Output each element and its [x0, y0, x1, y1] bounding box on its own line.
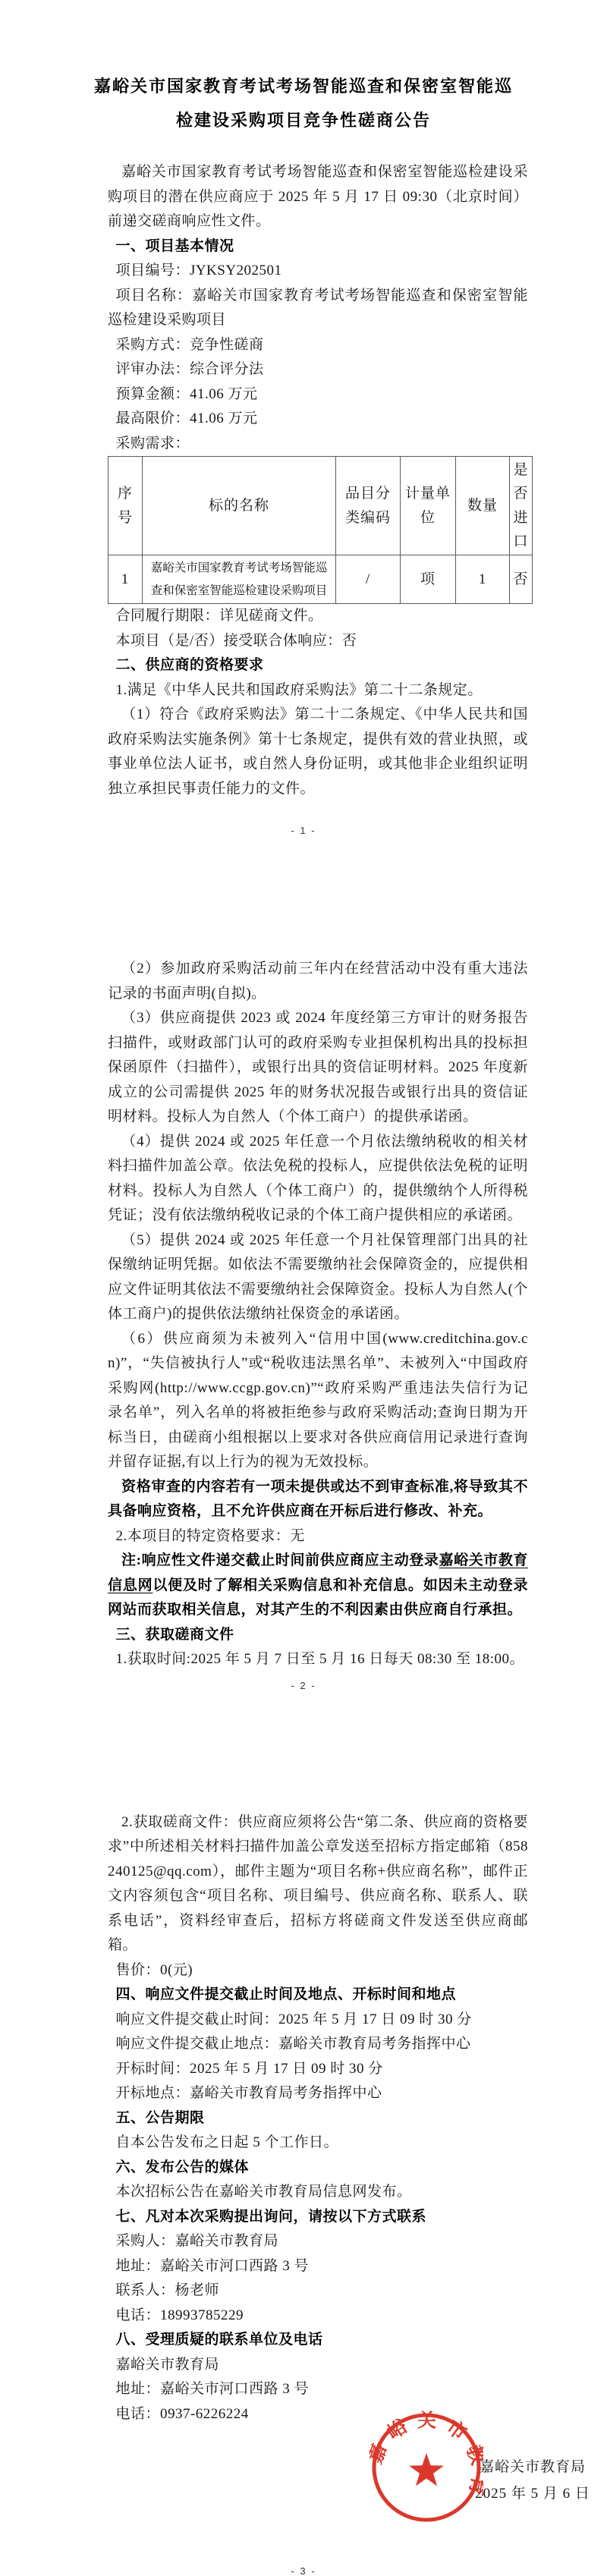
page-number: - 3 -	[0, 2564, 607, 2576]
text-line: 资格审查的内容若有一项未提供或达不到审查标准,将导致其不具备响应资格，且不允许供…	[108, 1475, 528, 1524]
text-line: 采购人：嘉峪关市教育局	[108, 2229, 528, 2254]
table-row: 1嘉峪关市国家教育考试考场智能巡查和保密室智能巡检建设采购项目/项1否	[109, 555, 533, 604]
text-line: 地址：嘉峪关市河口西路 3 号	[108, 2254, 528, 2279]
section-heading: 五、公告期限	[108, 2106, 528, 2131]
text-line: 最高限价：41.06 万元	[108, 407, 528, 432]
text-line: 2.获取磋商文件：供应商应须将公告“第二条、供应商的资格要求”中所述相关材料扫描…	[108, 1810, 528, 1958]
text-line: 项目编号：JYKSY202501	[108, 259, 528, 284]
text-line: 采购需求：	[108, 432, 528, 457]
section-heading: 四、响应文件提交截止时间及地点、开标时间和地点	[108, 1983, 528, 2008]
table-cell: 1	[456, 555, 510, 604]
text-line: 本次招标公告在嘉峪关市教育局信息网发布。	[108, 2180, 528, 2205]
section-heading: 一、项目基本情况	[108, 234, 528, 259]
page-2-paragraphs: （2）参加政府采购活动前三年内在经营活动中没有重大违法记录的书面声明(自拟)。（…	[108, 957, 528, 1672]
section-heading: 八、受理质疑的联系单位及电话	[108, 2328, 528, 2353]
text-line: 合同履行期限：详见磋商文件。	[108, 604, 528, 629]
text-line: （1）符合《政府采购法》第二十二条规定、《中华人民共和国政府采购法实施条例》第十…	[108, 703, 528, 801]
text-line: 电话：18993785229	[108, 2304, 528, 2329]
page-3-paragraphs: 2.获取磋商文件：供应商应须将公告“第二条、供应商的资格要求”中所述相关材料扫描…	[108, 1810, 528, 2427]
text-line: 响应文件提交截止地点：嘉峪关市教育局考务指挥中心	[108, 2032, 528, 2057]
text-line: 本项目（是/否）接受联合体响应：否	[108, 629, 528, 654]
text-line: 开标时间：2025 年 5 月 17 日 09 时 30 分	[108, 2057, 528, 2082]
table-header-cell: 计量单位	[401, 457, 456, 555]
document-title-line-2: 检建设采购项目竞争性磋商公告	[0, 103, 607, 137]
page-number: - 1 -	[0, 823, 607, 838]
page-2-content: （2）参加政府采购活动前三年内在经营活动中没有重大违法记录的书面声明(自拟)。（…	[0, 957, 607, 1672]
text-line: 1.满足《中华人民共和国政府采购法》第二十二条规定。	[108, 678, 528, 703]
text-line: （4）提供 2024 或 2025 年任意一个月依法缴纳税收的相关材料扫描件加盖…	[108, 1130, 528, 1228]
signature-block: 嘉峪关市教育局 2025 年 5 月 6 日	[426, 2454, 607, 2507]
text-line: （5）提供 2024 或 2025 年任意一个月社保管理部门出具的社保缴纳证明凭…	[108, 1228, 528, 1327]
text-line: 联系人：杨老师	[108, 2279, 528, 2304]
table-header-cell: 标的名称	[143, 457, 336, 555]
text-line: 自本公告发布之日起 5 个工作日。	[108, 2131, 528, 2156]
section-heading: 七、凡对本次采购提出询问，请按以下方式联系	[108, 2205, 528, 2230]
section-heading: 二、供应商的资格要求	[108, 653, 528, 678]
text-line: 电话：0937-6226224	[108, 2402, 528, 2427]
table-header-cell: 品目分类编码	[336, 457, 401, 555]
page-break	[0, 1694, 607, 1810]
text-line: 嘉峪关市教育局	[108, 2353, 528, 2378]
table-header-row: 序号标的名称品目分类编码计量单位数量是否进口	[109, 457, 533, 555]
page-3-content: 2.获取磋商文件：供应商应须将公告“第二条、供应商的资格要求”中所述相关材料扫描…	[0, 1810, 607, 2508]
text-line: 开标地点：嘉峪关市教育局考务指挥中心	[108, 2081, 528, 2106]
page-1-paragraphs-top: 嘉峪关市国家教育考试考场智能巡查和保密室智能巡检建设采购项目的潜在供应商应于 2…	[108, 160, 528, 456]
issuer-name: 嘉峪关市教育局	[426, 2454, 607, 2480]
page-1-paragraphs-bottom: 合同履行期限：详见磋商文件。本项目（是/否）接受联合体响应：否二、供应商的资格要…	[108, 604, 528, 801]
issue-date: 2025 年 5 月 6 日	[426, 2480, 607, 2507]
page-number: - 2 -	[0, 1678, 607, 1694]
text-line: 采购方式：竞争性磋商	[108, 333, 528, 358]
procurement-announcement-document: 嘉峪关市国家教育考试考场智能巡查和保密室智能巡 检建设采购项目竞争性磋商公告 嘉…	[0, 69, 607, 2576]
table-header-cell: 数量	[456, 457, 510, 555]
table-cell: 嘉峪关市国家教育考试考场智能巡查和保密室智能巡检建设采购项目	[143, 555, 336, 604]
text-line: 嘉峪关市国家教育考试考场智能巡查和保密室智能巡检建设采购项目的潜在供应商应于 2…	[108, 160, 528, 234]
table-cell: /	[336, 555, 401, 604]
document-title-line-1: 嘉峪关市国家教育考试考场智能巡查和保密室智能巡	[0, 69, 607, 103]
text-line: 预算金额：41.06 万元	[108, 382, 528, 407]
text-line: 项目名称：嘉峪关市国家教育考试考场智能巡查和保密室智能巡检建设采购项目	[108, 284, 528, 333]
table-cell: 否	[510, 555, 533, 604]
section-heading: 三、获取磋商文件	[108, 1623, 528, 1648]
text-line: 1.获取时间:2025 年 5 月 7 日至 5 月 16 日每天 08:30 …	[108, 1647, 528, 1672]
page-1-content: 嘉峪关市国家教育考试考场智能巡查和保密室智能巡检建设采购项目的潜在供应商应于 2…	[0, 160, 607, 801]
text-line: （2）参加政府采购活动前三年内在经营活动中没有重大违法记录的书面声明(自拟)。	[108, 957, 528, 1006]
table-header-cell: 是否进口	[510, 457, 533, 555]
table-cell: 1	[109, 555, 143, 604]
text-line: 评审办法：综合评分法	[108, 357, 528, 382]
text-line: （3）供应商提供 2023 或 2024 年度经第三方审计的财务报告扫描件，或财…	[108, 1006, 528, 1130]
section-heading: 六、发布公告的媒体	[108, 2156, 528, 2181]
text-line: 2.本项目的特定资格要求：无	[108, 1524, 528, 1549]
text-line: 地址：嘉峪关市河口西路 3 号	[108, 2377, 528, 2402]
text-line: （6）供应商须为未被列入“信用中国(www.creditchina.gov.cn…	[108, 1327, 528, 1475]
table-cell: 项	[401, 555, 456, 604]
text-line: 响应文件提交截止时间：2025 年 5 月 17 日 09 时 30 分	[108, 2008, 528, 2033]
text-line: 售价：0(元)	[108, 1958, 528, 1983]
table-header-cell: 序号	[109, 457, 143, 555]
text-line: 注:响应性文件递交截止时间前供应商应主动登录嘉峪关市教育信息网以便及时了解相关采…	[108, 1549, 528, 1623]
page-break	[0, 838, 607, 957]
procurement-items-table: 序号标的名称品目分类编码计量单位数量是否进口1嘉峪关市国家教育考试考场智能巡查和…	[108, 456, 533, 604]
underlined-text: 嘉峪关市教育信息网	[108, 1552, 528, 1593]
document-title: 嘉峪关市国家教育考试考场智能巡查和保密室智能巡 检建设采购项目竞争性磋商公告	[0, 69, 607, 137]
